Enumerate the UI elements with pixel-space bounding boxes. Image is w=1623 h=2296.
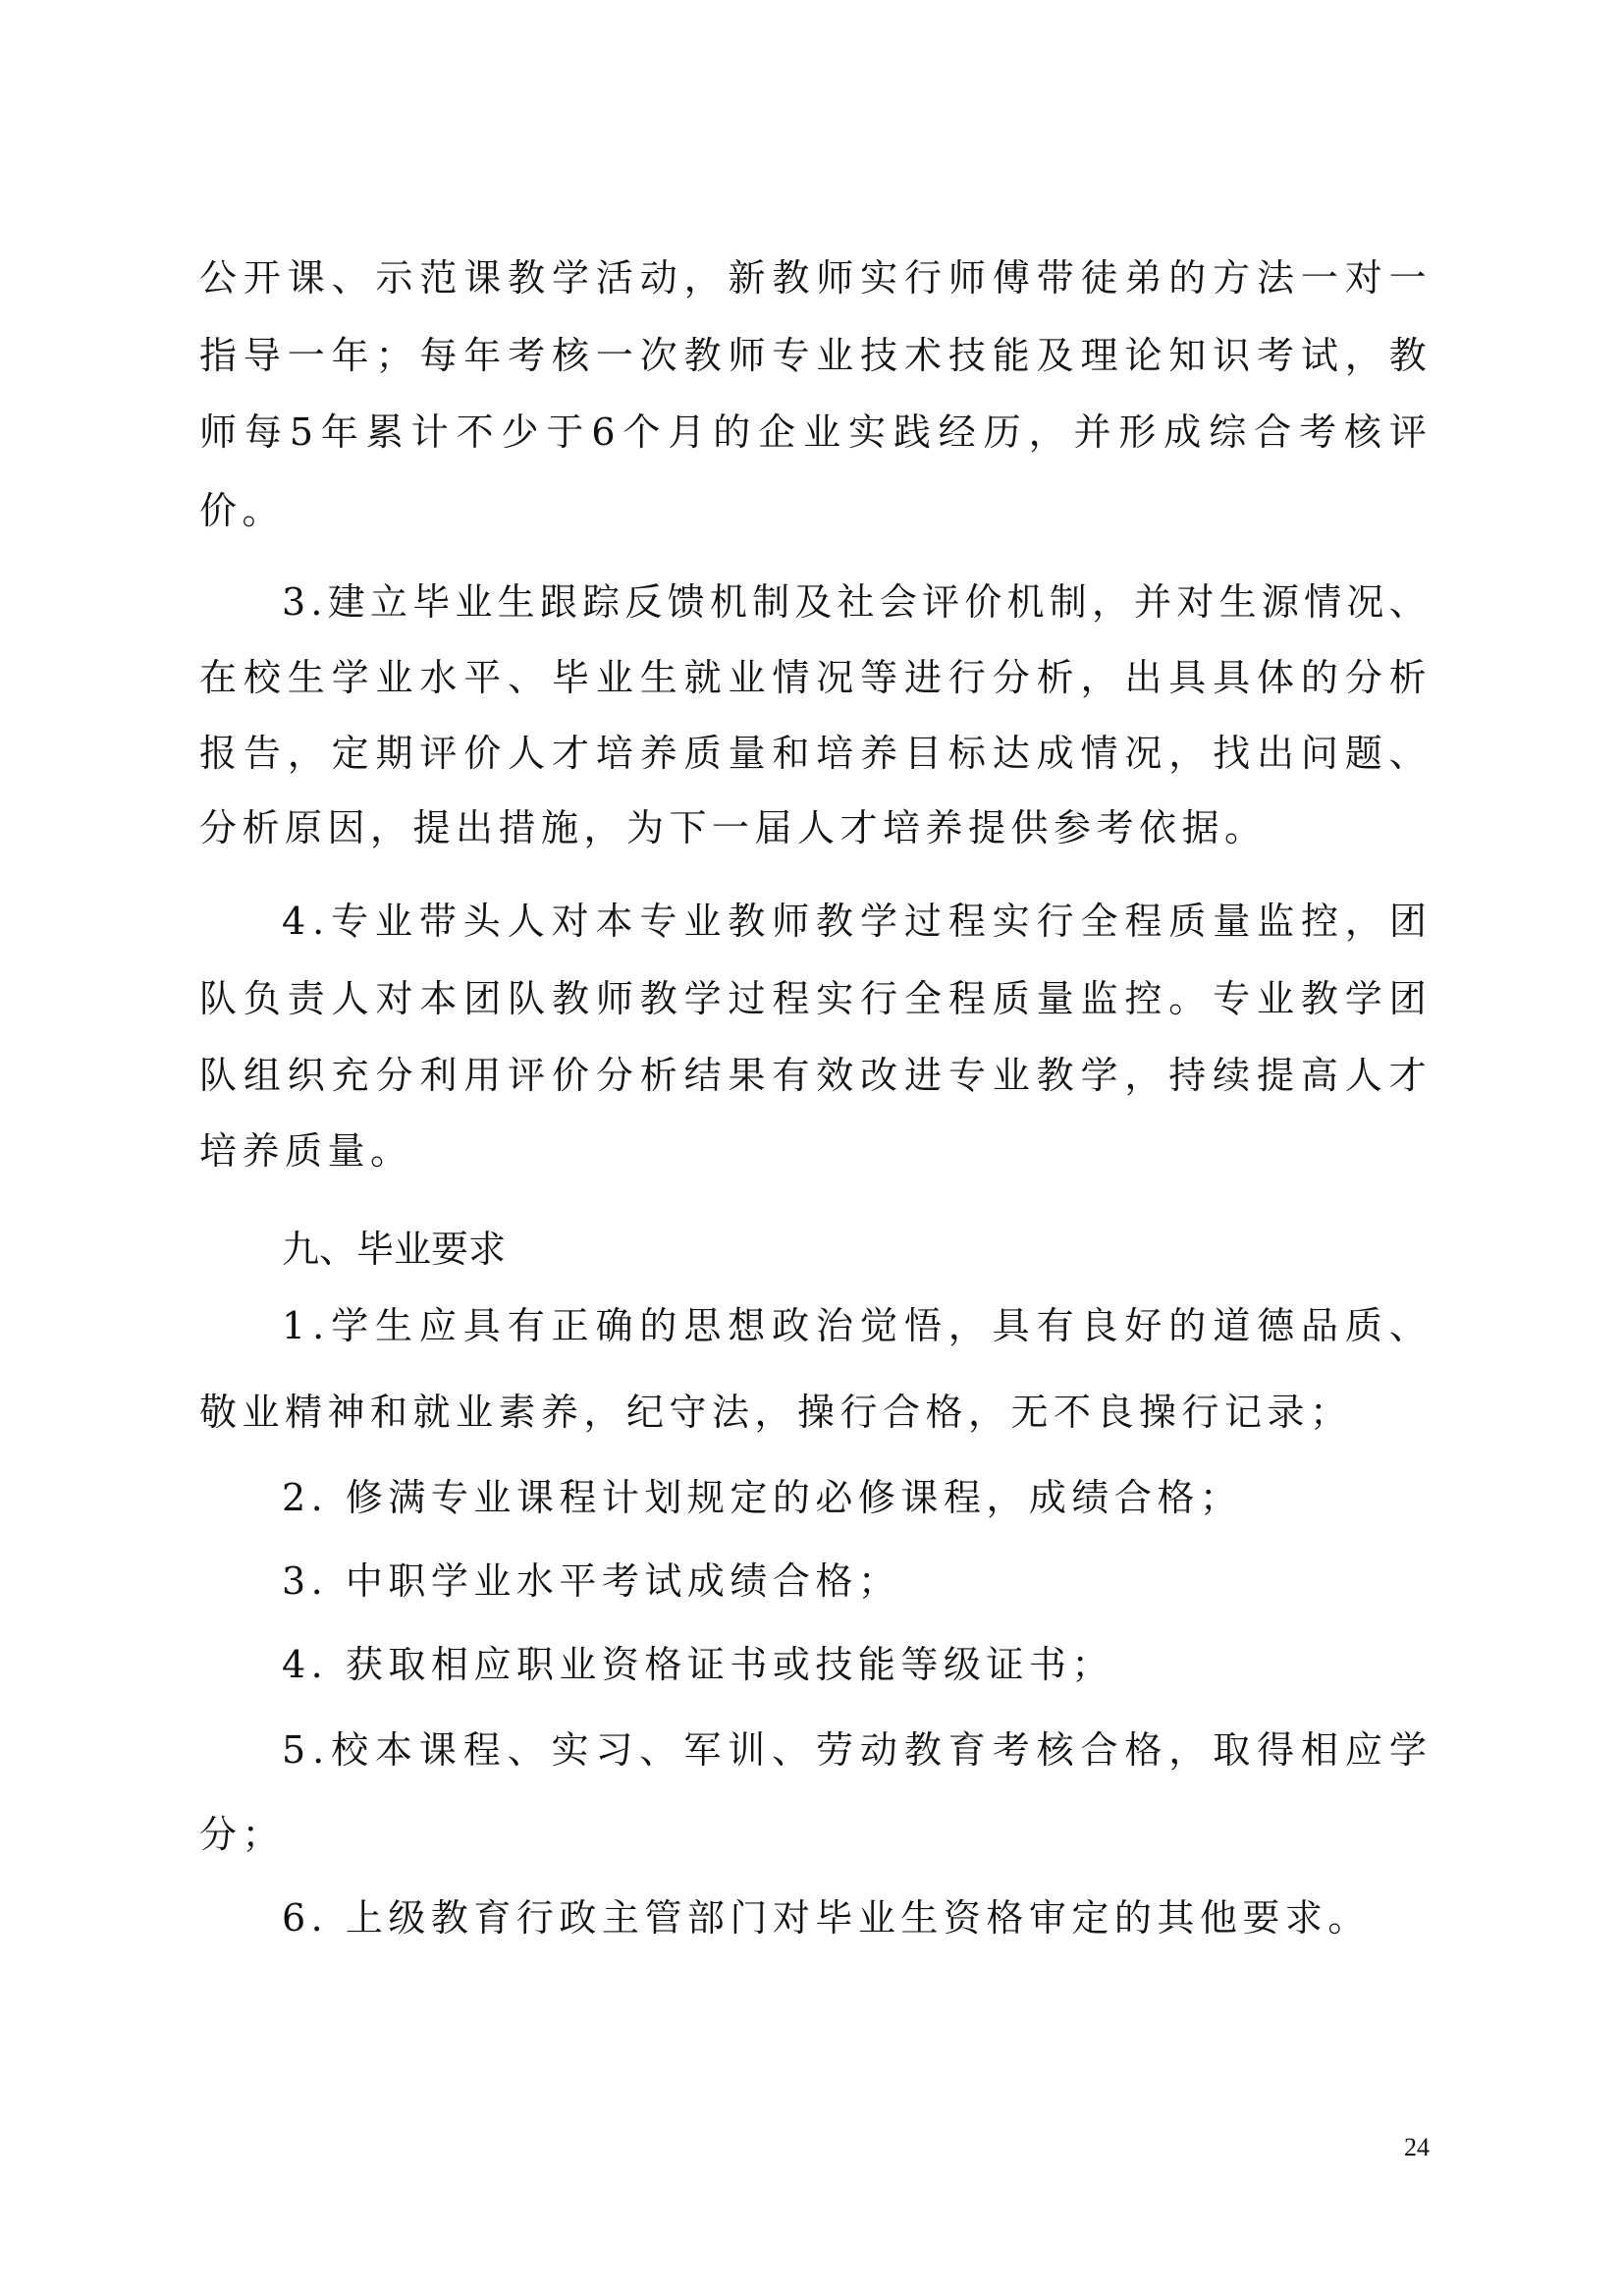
list-item-first-line: 4.专业带头人对本专业教师教学过程实行全程质量监控，团 xyxy=(282,898,1427,945)
list-item-first-line: 1.学生应具有正确的思想政治觉悟，具有良好的道德品质、 xyxy=(282,1302,1427,1349)
paragraph-line: 敬业精神和就业素养，纪守法，操行合格，无不良操行记录； xyxy=(199,1389,1353,1436)
paragraph-line: 报告，定期评价人才培养质量和培养目标达成情况，找出问题、 xyxy=(199,730,1427,777)
paragraph-line: 队组织充分利用评价分析结果有效改进专业教学，持续提高人才 xyxy=(199,1052,1427,1099)
paragraph-line: 公开课、示范课教学活动，新教师实行师傅带徒弟的方法一对一 xyxy=(199,254,1427,301)
list-item: 2. 修满专业课程计划规定的必修课程，成绩合格； xyxy=(282,1474,1242,1521)
section-heading: 九、毕业要求 xyxy=(282,1226,506,1273)
paragraph-line: 培养质量。 xyxy=(199,1127,413,1175)
paragraph-line: 分； xyxy=(199,1811,285,1858)
document-page: 公开课、示范课教学活动，新教师实行师傅带徒弟的方法一对一 指导一年；每年考核一次… xyxy=(0,0,1623,2296)
list-item: 3. 中职学业水平考试成绩合格； xyxy=(282,1558,900,1605)
paragraph-line: 师每5年累计不少于6个月的企业实践经历，并形成综合考核评 xyxy=(199,409,1427,456)
page-number: 24 xyxy=(1404,2133,1430,2162)
list-item-first-line: 5.校本课程、实习、军训、劳动教育考核合格，取得相应学 xyxy=(282,1726,1427,1774)
list-item-first-line: 3.建立毕业生跟踪反馈机制及社会评价机制，并对生源情况、 xyxy=(282,578,1427,626)
paragraph-line: 队负责人对本团队教师教学过程实行全程质量监控。专业教学团 xyxy=(199,975,1427,1022)
list-item: 4. 获取相应职业资格证书或技能等级证书； xyxy=(282,1641,1114,1688)
paragraph-line: 指导一年；每年考核一次教师专业技术技能及理论知识考试，教 xyxy=(199,332,1427,379)
paragraph-line: 价。 xyxy=(199,487,285,534)
paragraph-line: 在校生学业水平、毕业生就业情况等进行分析，出具具体的分析 xyxy=(199,654,1427,701)
paragraph-line: 分析原因，提出措施，为下一届人才培养提供参考依据。 xyxy=(199,804,1268,851)
list-item: 6. 上级教育行政主管部门对毕业生资格审定的其他要求。 xyxy=(282,1894,1371,1941)
